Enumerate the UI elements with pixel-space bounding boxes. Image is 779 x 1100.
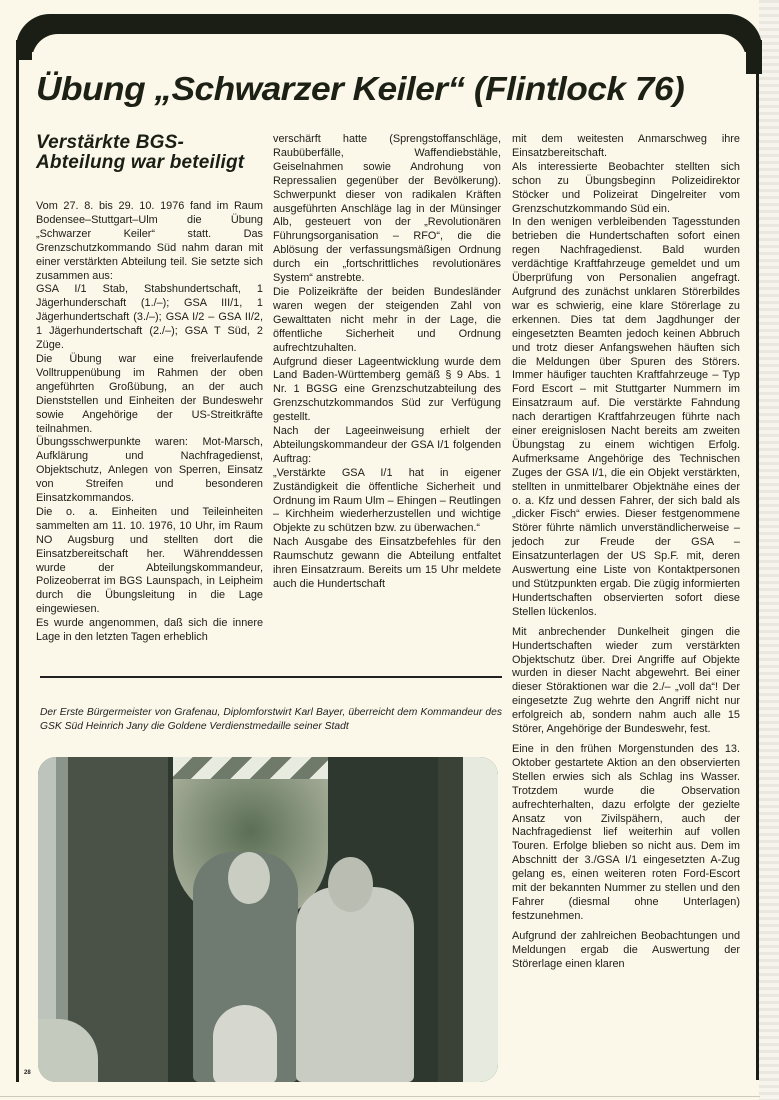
page-frame-right (746, 40, 762, 74)
photo-mayor-head (328, 857, 373, 912)
paragraph: Mit anbrechender Dunkelheit gingen die H… (512, 626, 740, 737)
page-frame-inner (32, 34, 746, 64)
paragraph: Aufgrund der zahlreichen Beobachtungen u… (512, 930, 740, 972)
paragraph: Vom 27. 8. bis 29. 10. 1976 fand im Raum… (36, 200, 263, 283)
text-column-3: mit dem weitesten Anmarschweg ihre Einsa… (512, 133, 740, 971)
photo-medal-ceremony (38, 757, 498, 1082)
photo-officer-head (228, 852, 270, 904)
photo-caption: Der Erste Bürgermeister von Grafenau, Di… (40, 706, 502, 734)
paragraph: Nach Ausgabe des Einsatzbefehles für den… (273, 536, 501, 592)
section-divider (40, 676, 502, 678)
photo-foreground-person (213, 1005, 277, 1082)
page-title: Übung „Schwarzer Keiler“ (Flintlock 76) (36, 70, 779, 108)
right-rule (756, 60, 759, 1080)
page-bottom-edge (0, 1096, 760, 1097)
text-column-2: verschärft hatte (Sprengstoffanschläge, … (273, 133, 501, 592)
paragraph: Eine in den frühen Morgenstunden des 13.… (512, 743, 740, 924)
paragraph: Als interessierte Beobachter stellten si… (512, 161, 740, 217)
paragraph: verschärft hatte (Sprengstoffanschläge, … (273, 133, 501, 286)
article-subhead: Verstärkte BGS-Abteilung war beteiligt (36, 133, 268, 173)
photo-map-wall (438, 757, 498, 1082)
page-number: 28 (24, 1070, 31, 1076)
text-column-1: Vom 27. 8. bis 29. 10. 1976 fand im Raum… (36, 200, 263, 645)
frame-mask (19, 60, 32, 1082)
paragraph: „Verstärkte GSA I/1 hat in eigener Zustä… (273, 467, 501, 537)
paragraph: Aufgrund dieser Lageentwicklung wurde de… (273, 356, 501, 426)
photo-mayor-figure (296, 887, 414, 1082)
left-rule (16, 60, 19, 1082)
page-edge (759, 0, 779, 1100)
paragraph: Übungsschwerpunkte waren: Mot-Marsch, Au… (36, 436, 263, 506)
paragraph: In den wenigen verbleibenden Tagesstunde… (512, 216, 740, 619)
paragraph: Es wurde angenommen, daß sich die innere… (36, 617, 263, 645)
paragraph: Nach der Lageeinweisung erhielt der Abte… (273, 425, 501, 467)
paragraph: Die o. a. Einheiten und Teileinheiten sa… (36, 506, 263, 617)
coat-of-arms-diamonds (173, 757, 328, 779)
paragraph: Die Polizeikräfte der beiden Bundeslände… (273, 286, 501, 356)
paragraph: GSA I/1 Stab, Stabshundertschaft, 1 Jäge… (36, 283, 263, 353)
paragraph: mit dem weitesten Anmarschweg ihre Einsa… (512, 133, 740, 161)
paragraph: Die Übung war eine freiverlaufende Vollt… (36, 353, 263, 436)
